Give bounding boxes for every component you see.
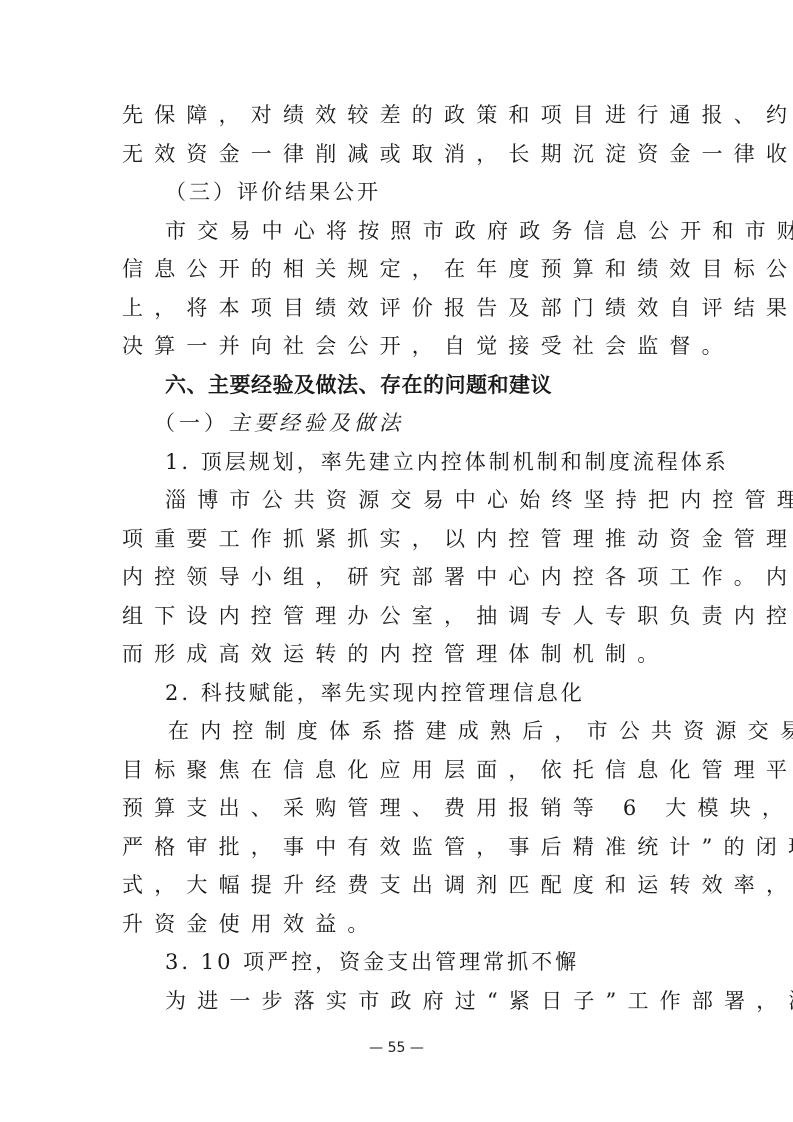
body-text-line: 预算支出、采购管理、费用报销等 6 大模块，形成“事前 [122,789,674,828]
body-text-line: 信息公开的相关规定，在年度预算和绩效目标公开的基础 [122,250,674,289]
body-text-line: 组下设内控管理办公室，抽调专人专职负责内控工作，从 [122,597,674,636]
body-text-line: 无效资金一律削减或取消，长期沉淀资金一律收回。 [122,135,674,174]
item-title-3: 3. 10 项严控，资金支出管理常抓不懈 [122,943,674,982]
body-text-line: 淄博市公共资源交易中心始终坚持把内控管理作为一 [122,481,674,520]
document-page: 先保障，对绩效较差的政策和项目进行通报、约谈，低效 无效资金一律削减或取消，长期… [0,0,793,1122]
item-title-2: 2. 科技赋能，率先实现内控管理信息化 [122,674,674,713]
body-text-line: 升资金使用效益。 [122,905,674,944]
body-text-line: 式，大幅提升经费支出调剂匹配度和运转效率，进一步提 [122,866,674,905]
subsection-heading-1: （一）主要经验及做法 [122,404,674,443]
body-text-line: 而形成高效运转的内控管理体制机制。 [122,635,674,674]
chapter-heading-6: 六、主要经验及做法、存在的问题和建议 [122,366,674,405]
body-text-line: 上，将本项目绩效评价报告及部门绩效自评结果，与年度 [122,289,674,328]
subsection-heading-prefix: （一） [154,411,229,435]
body-text-line: 先保障，对绩效较差的政策和项目进行通报、约谈，低效 [122,96,674,135]
body-text-line: 严格审批，事中有效监管，事后精准统计”的闭环管理模 [122,828,674,867]
body-text-line: 在内控制度体系搭建成熟后，市公共资源交易中心将 [122,712,674,751]
page-number: — 55 — [0,1040,793,1056]
subsection-heading-text: 主要经验及做法 [229,411,404,435]
body-text-line: 内控领导小组，研究部署中心内控各项工作。内控领导小 [122,558,674,597]
document-body: 先保障，对绩效较差的政策和项目进行通报、约谈，低效 无效资金一律削减或取消，长期… [122,96,674,1020]
body-text-line: 目标聚焦在信息化应用层面，依托信息化管理平台，涵盖 [122,751,674,790]
body-text-line: 决算一并向社会公开，自觉接受社会监督。 [122,327,674,366]
body-text-line: 市交易中心将按照市政府政务信息公开和市财政局绩效 [122,212,674,251]
section-heading-3: （三）评价结果公开 [122,173,674,212]
body-text-line: 为进一步落实市政府过“紧日子”工作部署，淄博市 [122,982,674,1021]
body-text-line: 项重要工作抓紧抓实，以内控管理推动资金管理，成立了 [122,520,674,559]
item-title-1: 1. 顶层规划，率先建立内控体制机制和制度流程体系 [122,443,674,482]
